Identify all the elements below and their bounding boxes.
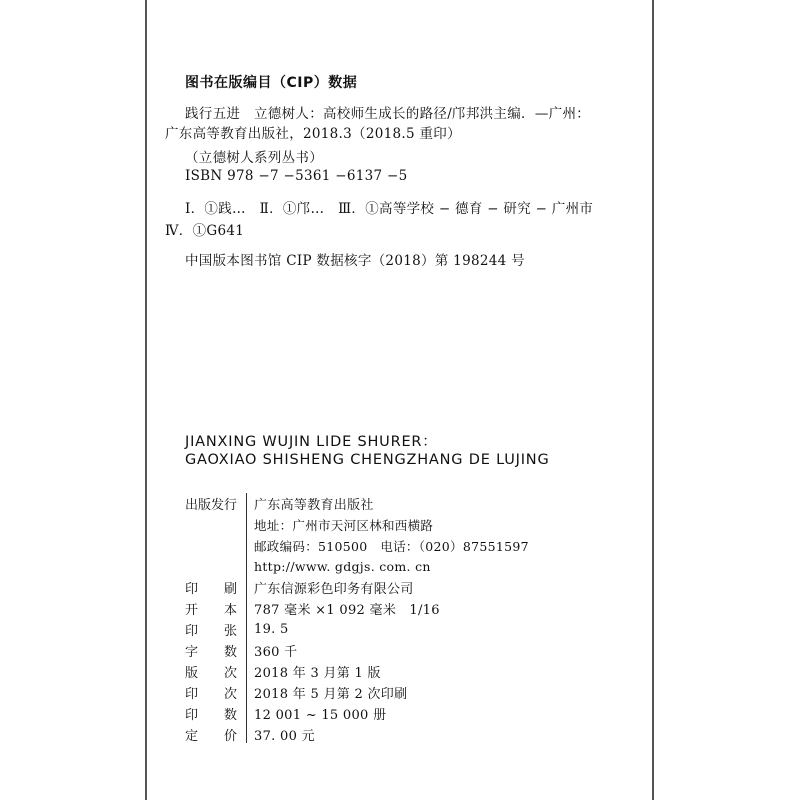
page-border-left <box>145 0 147 800</box>
pinyin-title-line-2: GAOXIAO SHISHENG CHENGZHANG DE LUJING <box>185 452 550 468</box>
info-row-website: http://www. gdgjs. com. cn <box>185 556 529 577</box>
cip-isbn-line: ISBN 978 −7 −5361 −6137 −5 <box>185 168 407 184</box>
info-label: 印 次 <box>185 683 246 702</box>
label-char: 次 <box>224 683 237 702</box>
info-label: 出版发行 <box>185 494 246 513</box>
info-label: 定 价 <box>185 725 246 744</box>
info-row-word-count: 字 数 360 千 <box>185 640 529 661</box>
info-label: 开 本 <box>185 599 246 618</box>
info-row-price: 定 价 37. 00 元 <box>185 724 529 745</box>
publisher-postcode-phone: 邮政编码：510500 电话：（020）87551597 <box>246 537 529 555</box>
info-label: 字 数 <box>185 641 246 660</box>
label-char: 定 <box>185 725 198 744</box>
label-char: 开 <box>185 599 198 618</box>
info-value: 787 毫米 ×1 092 毫米 1/16 <box>246 599 440 618</box>
cip-publisher-line: 广东高等教育出版社，2018.3（2018.5 重印） <box>165 122 461 142</box>
info-label: 印 张 <box>185 620 246 639</box>
publisher-name: 广东高等教育出版社 <box>246 494 374 513</box>
info-row-publisher: 出版发行 广东高等教育出版社 <box>185 493 529 514</box>
info-row-printer: 印 刷 广东信源彩色印务有限公司 <box>185 577 529 598</box>
publisher-address: 地址：广州市天河区林和西横路 <box>246 516 433 534</box>
cip-record-number-line: 中国版本图书馆 CIP 数据核字（2018）第 198244 号 <box>185 249 525 269</box>
publication-info-table: 出版发行 广东高等教育出版社 地址：广州市天河区林和西横路 邮政编码：51050… <box>185 493 529 745</box>
label-char: 印 <box>185 620 198 639</box>
publisher-website: http://www. gdgjs. com. cn <box>246 559 431 574</box>
info-value: 37. 00 元 <box>246 725 315 744</box>
label-char: 数 <box>224 704 237 723</box>
info-row-printing: 印 次 2018 年 5 月第 2 次印刷 <box>185 682 529 703</box>
pinyin-title-line-1: JIANXING WUJIN LIDE SHURER： <box>185 430 438 451</box>
label-char: 本 <box>224 599 237 618</box>
info-label: 印 数 <box>185 704 246 723</box>
cip-series-line: （立德树人系列丛书） <box>185 146 323 166</box>
label-char: 版 <box>185 662 198 681</box>
cip-title: 图书在版编目（CIP）数据 <box>185 72 357 92</box>
info-row-postcode-phone: 邮政编码：510500 电话：（020）87551597 <box>185 535 529 556</box>
info-value: 2018 年 3 月第 1 版 <box>246 662 381 681</box>
info-label: 印 刷 <box>185 578 246 597</box>
cip-classification-line: Ⅳ．①G641 <box>165 219 244 239</box>
label-char: 次 <box>224 662 237 681</box>
info-value: 19. 5 <box>246 622 289 637</box>
cip-book-title-line: 践行五进 立德树人：高校师生成长的路径/邝邦洪主编．—广州： <box>185 102 590 122</box>
label-char: 张 <box>224 620 237 639</box>
info-row-address: 地址：广州市天河区林和西横路 <box>185 514 529 535</box>
info-row-print-run: 印 数 12 001 ~ 15 000 册 <box>185 703 529 724</box>
page-border-right <box>652 0 654 800</box>
label-text: 出版发行 <box>185 494 237 513</box>
info-row-format: 开 本 787 毫米 ×1 092 毫米 1/16 <box>185 598 529 619</box>
label-char: 数 <box>224 641 237 660</box>
cip-subject-line: Ⅰ．①践… Ⅱ．①邝… Ⅲ．①高等学校 − 德育 − 研究 − 广州市 <box>185 197 593 217</box>
label-char: 字 <box>185 641 198 660</box>
info-value: 12 001 ~ 15 000 册 <box>246 704 386 723</box>
label-char: 印 <box>185 578 198 597</box>
info-row-edition: 版 次 2018 年 3 月第 1 版 <box>185 661 529 682</box>
info-value: 2018 年 5 月第 2 次印刷 <box>246 683 407 702</box>
label-char: 印 <box>185 683 198 702</box>
info-label: 版 次 <box>185 662 246 681</box>
info-row-printed-sheets: 印 张 19. 5 <box>185 619 529 640</box>
label-char: 刷 <box>224 578 237 597</box>
info-value: 360 千 <box>246 641 297 660</box>
label-char: 印 <box>185 704 198 723</box>
info-value: 广东信源彩色印务有限公司 <box>246 578 414 597</box>
label-char: 价 <box>224 725 237 744</box>
